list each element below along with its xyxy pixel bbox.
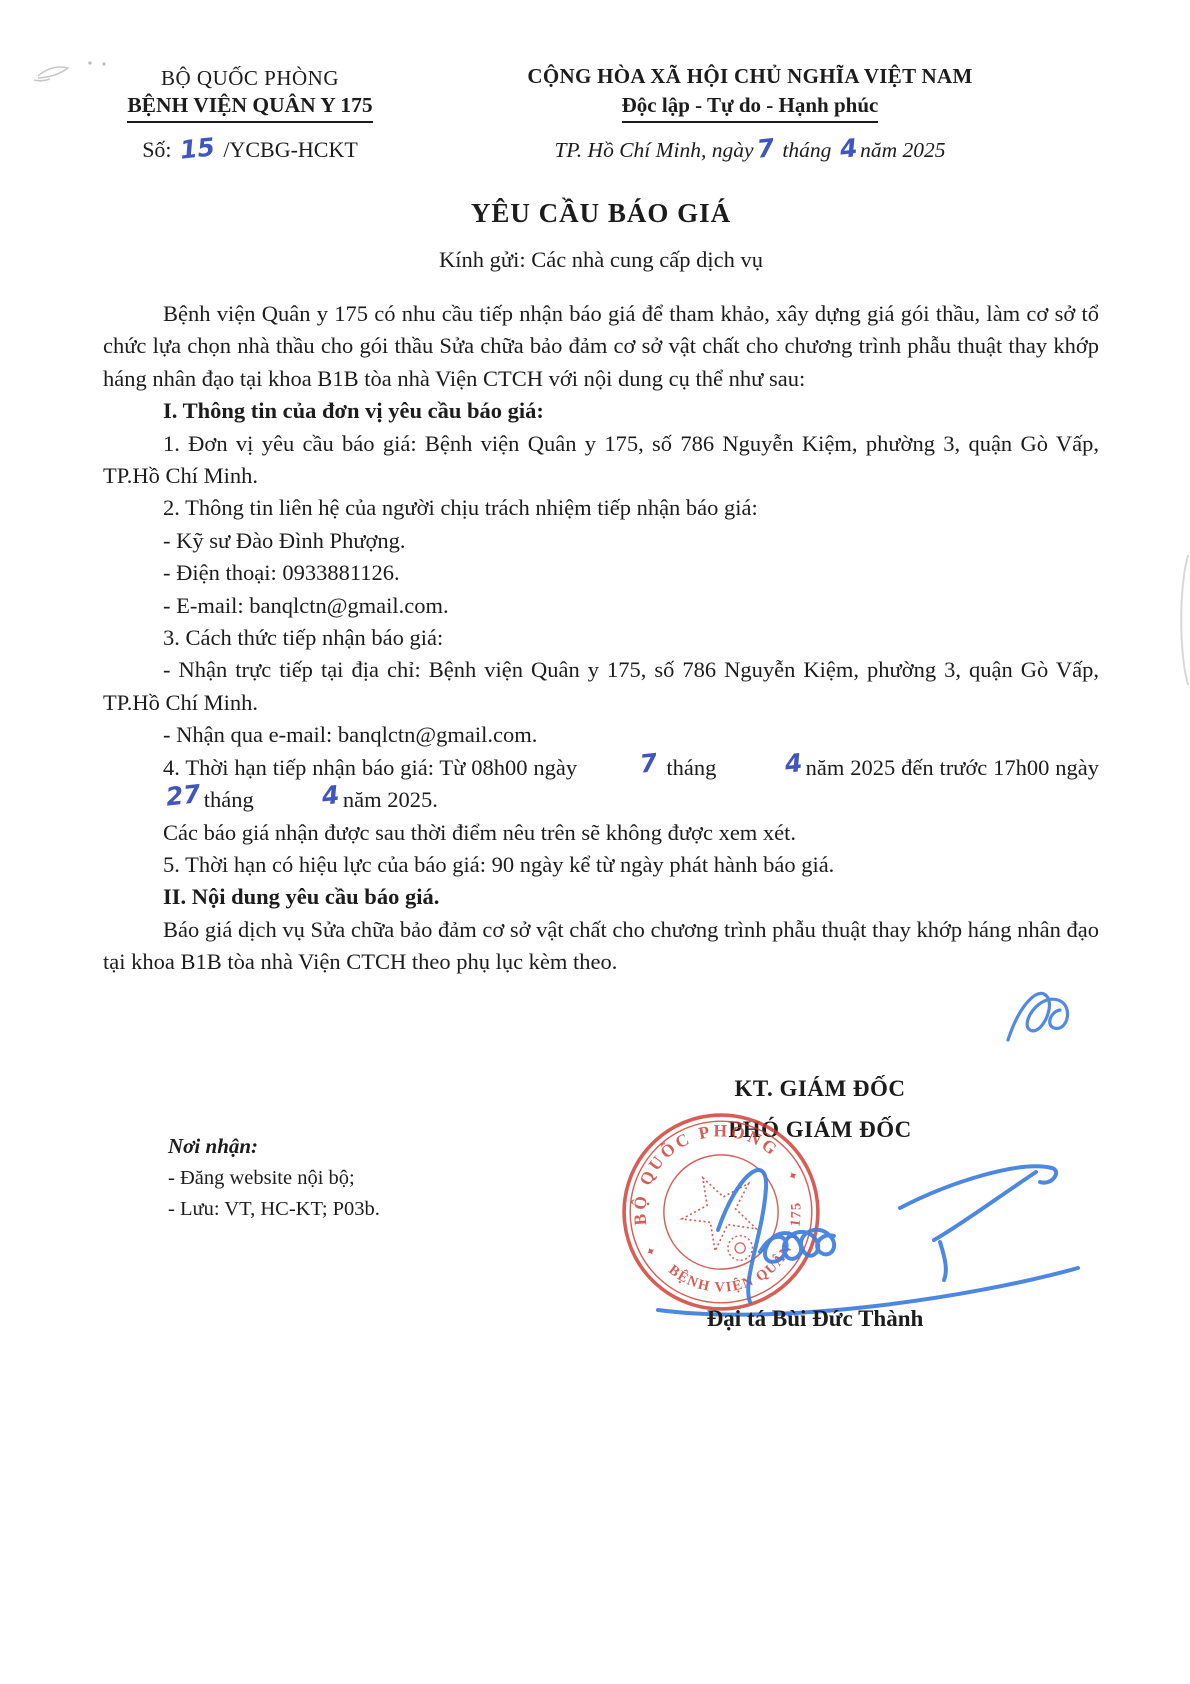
salutation-line: Kính gửi: Các nhà cung cấp dịch vụ [105,247,1097,273]
issuer-org: BỆNH VIỆN QUÂN Y 175 [127,93,372,123]
body-paragraph: Các báo giá nhận được sau thời điểm nêu … [103,817,1099,849]
body-paragraph: 2. Thông tin liên hệ của người chịu trác… [103,492,1099,524]
signature-kt-label: KT. GIÁM ĐỐC [600,1076,1040,1102]
handwritten-number: 4 [258,782,344,816]
body-paragraph: 1. Đơn vị yêu cầu báo giá: Bệnh viện Quâ… [103,428,1099,493]
national-motto-line2: Độc lập - Tự do - Hạnh phúc [622,93,879,123]
document-title: YÊU CẦU BÁO GIÁ [105,198,1097,229]
handwritten-signature [600,1130,1100,1330]
date-day-handwritten: 7 [752,135,778,162]
header-national-block: CỘNG HÒA XÃ HỘI CHỦ NGHĨA VIỆT NAM Độc l… [420,64,1080,163]
document-body: Bệnh viện Quân y 175 có nhu cầu tiếp nhậ… [103,298,1099,979]
date-post: năm 2025 [860,138,945,162]
recipient-item: - Đăng website nội bộ; [168,1167,380,1190]
body-paragraph: II. Nội dung yêu cầu báo giá. [103,881,1099,913]
date-pre: TP. Hồ Chí Minh, ngày [554,138,753,162]
recipients-label: Nơi nhận: [168,1134,380,1159]
body-paragraph: 3. Cách thức tiếp nhận báo giá: [103,622,1099,654]
handwritten-number: 27 [102,781,205,816]
handwritten-paraph-mark [1000,978,1090,1056]
handwritten-number: 4 [721,749,807,783]
date-mid: tháng [777,138,837,162]
handwritten-number: 7 [576,749,662,783]
body-paragraph: - Điện thoại: 0933881126. [103,557,1099,589]
header-issuer-block: BỘ QUỐC PHÒNG BỆNH VIỆN QUÂN Y 175 Số: 1… [90,66,410,163]
body-paragraph: 5. Thời hạn có hiệu lực của báo giá: 90 … [103,849,1099,881]
body-paragraph: - Kỹ sư Đào Đình Phượng. [103,525,1099,557]
body-paragraph: 4. Thời hạn tiếp nhận báo giá: Từ 08h00 … [103,752,1099,817]
document-number: Số: 15 /YCBG-HCKT [90,136,410,163]
scan-edge-artifact [1176,555,1190,685]
issuer-parent-org: BỘ QUỐC PHÒNG [90,66,410,91]
body-paragraph: - E-mail: banqlctn@gmail.com. [103,590,1099,622]
recipients-block: Nơi nhận: - Đăng website nội bộ; - Lưu: … [168,1134,380,1221]
place-date-line: TP. Hồ Chí Minh, ngày7 tháng 4năm 2025 [420,136,1080,163]
body-paragraph: I. Thông tin của đơn vị yêu cầu báo giá: [103,395,1099,427]
doc-number-suffix: /YCBG-HCKT [218,137,358,162]
body-paragraph: - Nhận trực tiếp tại địa chỉ: Bệnh viện … [103,654,1099,719]
date-month-handwritten: 4 [835,135,861,162]
recipient-item: - Lưu: VT, HC-KT; P03b. [168,1198,380,1221]
doc-number-prefix: Số: [142,137,177,162]
body-paragraph: - Nhận qua e-mail: banqlctn@gmail.com. [103,719,1099,751]
signer-name: Đại tá Bùi Đức Thành [590,1306,1040,1332]
doc-number-handwritten: 15 [176,134,219,163]
document-page: BỘ QUỐC PHÒNG BỆNH VIỆN QUÂN Y 175 Số: 1… [0,0,1190,1684]
body-paragraph: Báo giá dịch vụ Sửa chữa bảo đảm cơ sở v… [103,914,1099,979]
national-motto-line1: CỘNG HÒA XÃ HỘI CHỦ NGHĨA VIỆT NAM [420,64,1080,89]
body-paragraph: Bệnh viện Quân y 175 có nhu cầu tiếp nhậ… [103,298,1099,395]
